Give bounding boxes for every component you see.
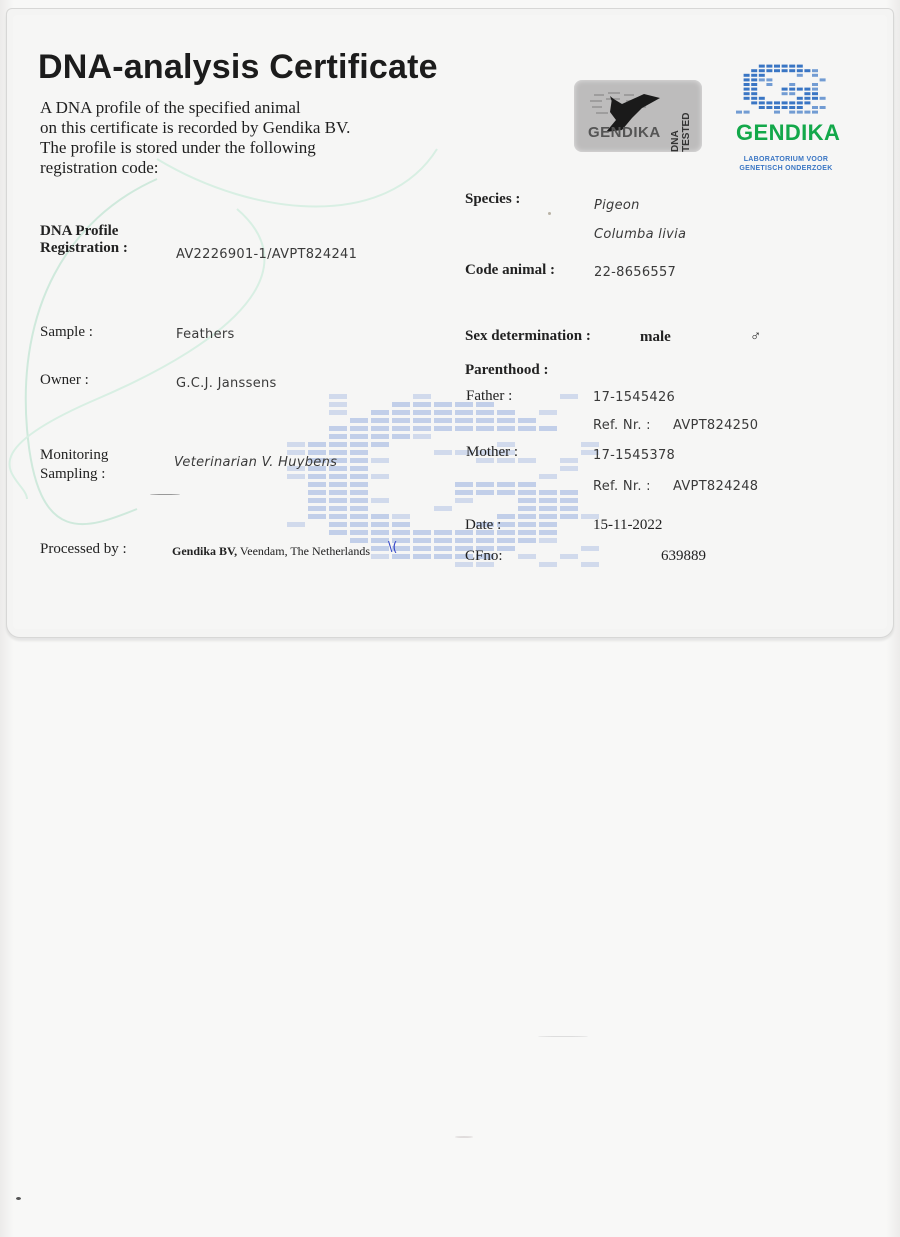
scan-artifact: [455, 1136, 473, 1138]
dna-tested-badge: GENDIKA DNA TESTED: [574, 80, 702, 152]
processed-company: Gendika BV,: [172, 544, 237, 558]
badge-label: DNA TESTED: [670, 90, 692, 152]
cfno-value: 639889: [661, 548, 706, 565]
scan-artifact: [538, 1036, 588, 1037]
processed-value: Gendika BV, Veendam, The Netherlands: [172, 544, 370, 559]
monitoring-label: Monitoring Sampling :: [40, 446, 108, 484]
species-common: Pigeon: [594, 198, 640, 213]
registration-label: DNA Profile Registration :: [40, 223, 128, 257]
father-ref-value: AVPT824250: [673, 418, 758, 433]
sex-value: male: [640, 329, 671, 346]
logo-subtitle-line: GENETISCH ONDERZOEK: [736, 164, 836, 173]
owner-value: G.C.J. Janssens: [176, 376, 277, 391]
scan-artifact: [16, 1197, 21, 1200]
mother-ref-label: Ref. Nr. :: [593, 479, 651, 494]
intro-line: A DNA profile of the specified animal: [40, 98, 420, 118]
scan-artifact: [548, 212, 551, 215]
species-label: Species :: [465, 191, 520, 208]
badge-brand: GENDIKA: [588, 124, 661, 141]
logo-subtitle-line: LABORATORIUM VOOR: [736, 155, 836, 164]
sample-label: Sample :: [40, 324, 93, 341]
registration-value: AV2226901-1/AVPT824241: [176, 247, 357, 262]
parenthood-label: Parenthood :: [465, 362, 548, 379]
intro-line: on this certificate is recorded by Gendi…: [40, 118, 420, 138]
registration-label-line: DNA Profile: [40, 223, 128, 240]
monitoring-label-line: Sampling :: [40, 465, 108, 484]
cfno-label: CFno:: [465, 548, 503, 565]
species-latin: Columba livia: [594, 227, 686, 242]
certificate-title: DNA-analysis Certificate: [38, 48, 438, 87]
mother-label: Mother :: [466, 444, 518, 461]
sample-value: Feathers: [176, 327, 235, 342]
date-label: Date :: [465, 517, 501, 534]
owner-label: Owner :: [40, 372, 89, 389]
date-value: 15-11-2022: [593, 517, 662, 534]
mother-ref-value: AVPT824248: [673, 479, 758, 494]
sex-label: Sex determination :: [465, 328, 591, 345]
processed-location: Veendam, The Netherlands: [237, 544, 370, 558]
male-symbol-icon: ♂: [750, 329, 761, 346]
intro-line: registration code:: [40, 158, 420, 178]
registration-label-line: Registration :: [40, 240, 128, 257]
gendika-g-logo-icon: [736, 60, 836, 120]
father-value: 17-1545426: [593, 390, 675, 405]
handwritten-mark: \(: [388, 540, 397, 555]
father-label: Father :: [466, 388, 512, 405]
mother-value: 17-1545378: [593, 448, 675, 463]
monitoring-value: Veterinarian V. Huybens: [174, 455, 337, 470]
processed-label: Processed by :: [40, 541, 127, 558]
code-animal-label: Code animal :: [465, 262, 555, 279]
intro-line: The profile is stored under the followin…: [40, 138, 420, 158]
certificate-intro: A DNA profile of the specified animal on…: [40, 98, 420, 178]
scan-artifact: [150, 494, 180, 495]
logo-brand: GENDIKA: [736, 120, 840, 146]
logo-subtitle: LABORATORIUM VOOR GENETISCH ONDERZOEK: [736, 155, 836, 173]
father-ref-label: Ref. Nr. :: [593, 418, 651, 433]
code-animal-value: 22-8656557: [594, 265, 676, 280]
monitoring-label-line: Monitoring: [40, 446, 108, 465]
